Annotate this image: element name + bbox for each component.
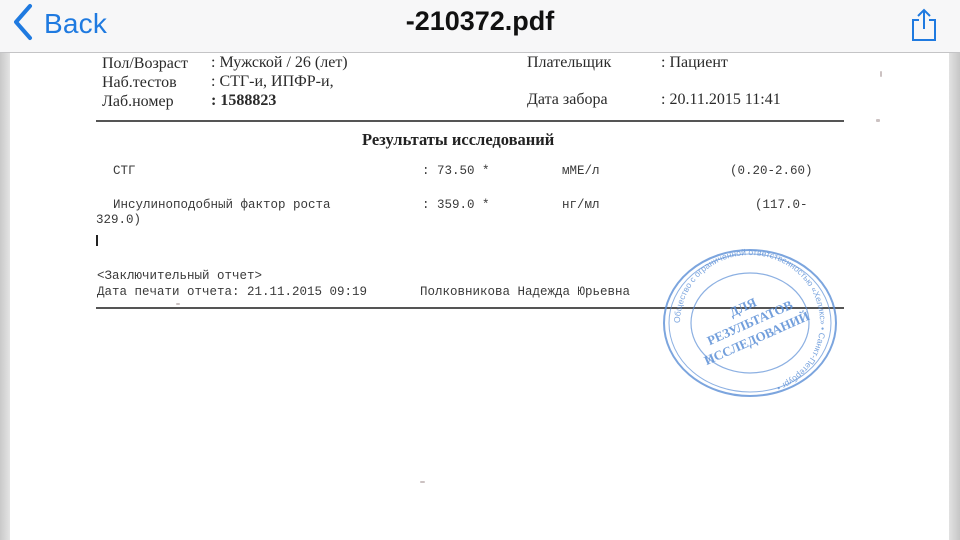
result-range-igf: (117.0- [755,198,808,212]
result-value-igf: : 359.0 * [422,198,490,212]
document-title: -210372.pdf [0,6,960,37]
result-range-igf-cont: 329.0) [96,213,141,227]
navigation-bar: Back -210372.pdf [0,0,960,53]
official-stamp: Общество с ограниченной ответственностью… [660,248,840,398]
value-lab-number: : 1588823 [211,92,276,110]
text-mark [96,235,98,246]
pdf-page: Пол/Возраст : Мужской / 26 (лет) Наб.тес… [10,53,949,540]
share-icon [910,29,938,46]
label-collection-date: Дата забора [527,91,608,109]
result-value-stg: : 73.50 * [422,164,490,178]
print-date: Дата печати отчета: 21.11.2015 09:19 [97,285,367,299]
section-title: Результаты исследований [362,130,554,150]
report-type: <Заключительный отчет> [97,269,262,283]
label-test-set: Наб.тестов [102,74,177,92]
pdf-viewer[interactable]: Пол/Возраст : Мужской / 26 (лет) Наб.тес… [0,53,960,540]
value-collection-date: : 20.11.2015 11:41 [661,91,781,109]
value-sex-age: : Мужской / 26 (лет) [211,54,348,72]
label-lab-number: Лаб.номер [102,93,174,111]
result-name-stg: СТГ [113,164,136,178]
label-payer: Плательщик [527,54,611,72]
value-payer: : Пациент [661,54,728,72]
share-button[interactable] [910,8,938,42]
page-edge-left [0,53,10,540]
label-sex-age: Пол/Возраст [102,55,188,73]
page-edge-right [949,53,960,540]
value-test-set: : СТГ-и, ИПФР-и, [211,73,334,91]
result-unit-igf: нг/мл [562,198,600,212]
result-range-stg: (0.20-2.60) [730,164,813,178]
result-name-igf: Инсулиноподобный фактор роста [113,198,331,212]
header-divider [96,120,844,122]
result-unit-stg: мМЕ/л [562,164,600,178]
signer-name: Полковникова Надежда Юрьевна [420,285,630,299]
